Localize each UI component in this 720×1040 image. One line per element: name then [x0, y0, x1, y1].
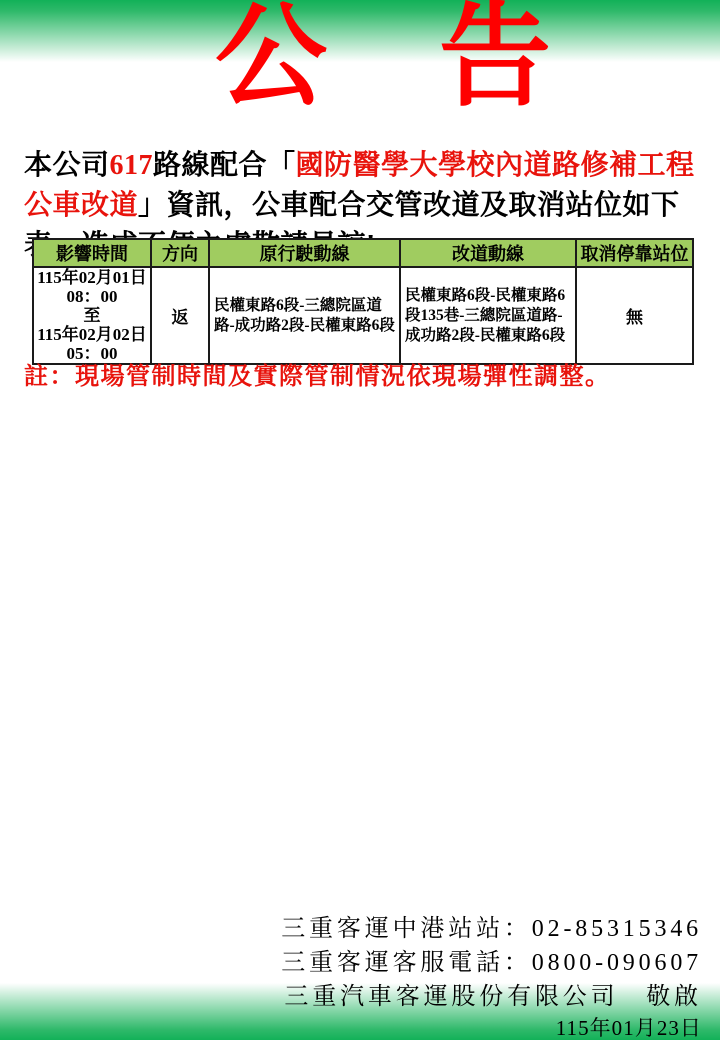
header-cancelled-stops: 取消停靠站位 [576, 239, 693, 267]
cancelled-stops-cell: 無 [576, 267, 693, 364]
intro-segment: 本公司 [24, 150, 110, 181]
time-line: 08：00 [34, 287, 150, 306]
footer-date: 115年01月23日 [142, 1014, 702, 1040]
table-header-row: 影響時間 方向 原行駛動線 改道動線 取消停靠站位 [33, 239, 693, 267]
footer-service-phone: 三重客運客服電話：0800-090607 [142, 946, 702, 980]
original-route-cell: 民權東路6段-三總院區道路-成功路2段-民權東路6段 [209, 267, 400, 364]
header-direction: 方向 [151, 239, 209, 267]
detour-info-table: 影響時間 方向 原行駛動線 改道動線 取消停靠站位 115年02月01日 08：… [32, 238, 694, 365]
remark-note: 註：現場管制時間及實際管制情況依現場彈性調整。 [24, 362, 704, 392]
direction-cell: 返 [151, 267, 209, 364]
footer-block: 三重客運中港站站：02-85315346 三重客運客服電話：0800-09060… [142, 912, 702, 1040]
affected-time-cell: 115年02月01日 08：00 至 115年02月02日 05：00 [33, 267, 151, 364]
route-number: 617 [110, 150, 154, 181]
footer-station-phone: 三重客運中港站站：02-85315346 [142, 912, 702, 946]
detour-route-cell: 民權東路6段-民權東路6段135巷-三總院區道路-成功路2段-民權東路6段 [400, 267, 576, 364]
header-detour-route: 改道動線 [400, 239, 576, 267]
time-line: 115年02月01日 [34, 268, 150, 287]
time-line: 115年02月02日 [34, 325, 150, 344]
announcement-title: 公 告 [0, 0, 720, 121]
header-affected-time: 影響時間 [33, 239, 151, 267]
time-line: 至 [34, 306, 150, 325]
time-line: 05：00 [34, 344, 150, 363]
header-original-route: 原行駛動線 [209, 239, 400, 267]
footer-company-signature: 三重汽車客運股份有限公司 敬啟 [142, 980, 702, 1014]
table-row: 115年02月01日 08：00 至 115年02月02日 05：00 返 民權… [33, 267, 693, 364]
intro-segment: 路線配合「 [153, 150, 296, 181]
